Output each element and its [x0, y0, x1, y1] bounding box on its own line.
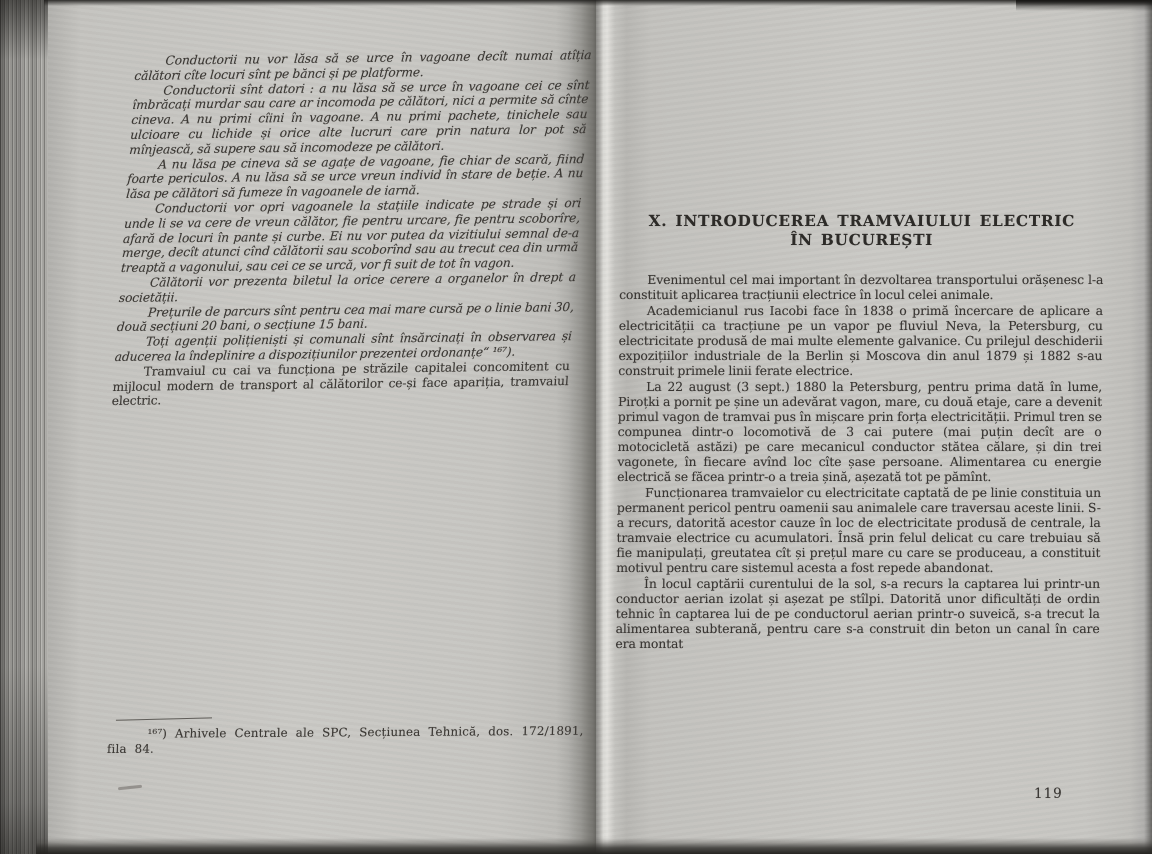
body-paragraph-1: Evenimentul cel mai important în dezvolt… [619, 272, 1103, 302]
footnote: ¹⁶⁷) Arhivele Centrale ale SPC, Secțiune… [107, 716, 596, 757]
quote-paragraph-4: Conductorii vor opri vagoanele la stații… [120, 196, 581, 276]
book-scan: Conductorii nu vor lăsa să se urce în va… [0, 0, 1152, 854]
page-stack-edge [0, 0, 48, 854]
body-paragraph-2: Academicianul rus Iacobi face în 1838 o … [618, 303, 1103, 378]
chapter-heading-line-1: X. INTRODUCEREA TRAMVAIULUI ELECTRIC [649, 212, 1076, 230]
scan-edge-top [44, 0, 1152, 6]
closing-paragraph: Tramvaiul cu cai va funcționa pe străzil… [111, 359, 570, 409]
quote-paragraph-2: Conductorii sînt datori : a nu lăsa să s… [129, 78, 590, 158]
body-paragraph-4: Funcționarea tramvaielor cu electricitat… [616, 485, 1101, 575]
right-page-text: X. INTRODUCEREA TRAMVAIULUI ELECTRIC ÎN … [615, 212, 1104, 652]
chapter-heading-line-2: ÎN BUCUREȘTI [790, 231, 933, 249]
scan-edge-bottom [36, 838, 1152, 854]
page-number: 119 [1034, 786, 1063, 802]
left-page-text: Conductorii nu vor lăsa să se urce în va… [111, 48, 592, 409]
body-paragraph-3: La 22 august (3 sept.) 1880 la Petersbur… [617, 379, 1102, 484]
chapter-heading: X. INTRODUCEREA TRAMVAIULUI ELECTRIC ÎN … [620, 212, 1104, 250]
body-paragraph-5: În locul captării curentului de la sol, … [615, 576, 1100, 651]
scan-edge-right [1144, 0, 1152, 854]
quote-paragraph-3: A nu lăsa pe cineva să se agațe de vagoa… [126, 152, 585, 202]
footnote-rule [116, 717, 212, 720]
scan-edge-top-right [1016, 0, 1152, 11]
